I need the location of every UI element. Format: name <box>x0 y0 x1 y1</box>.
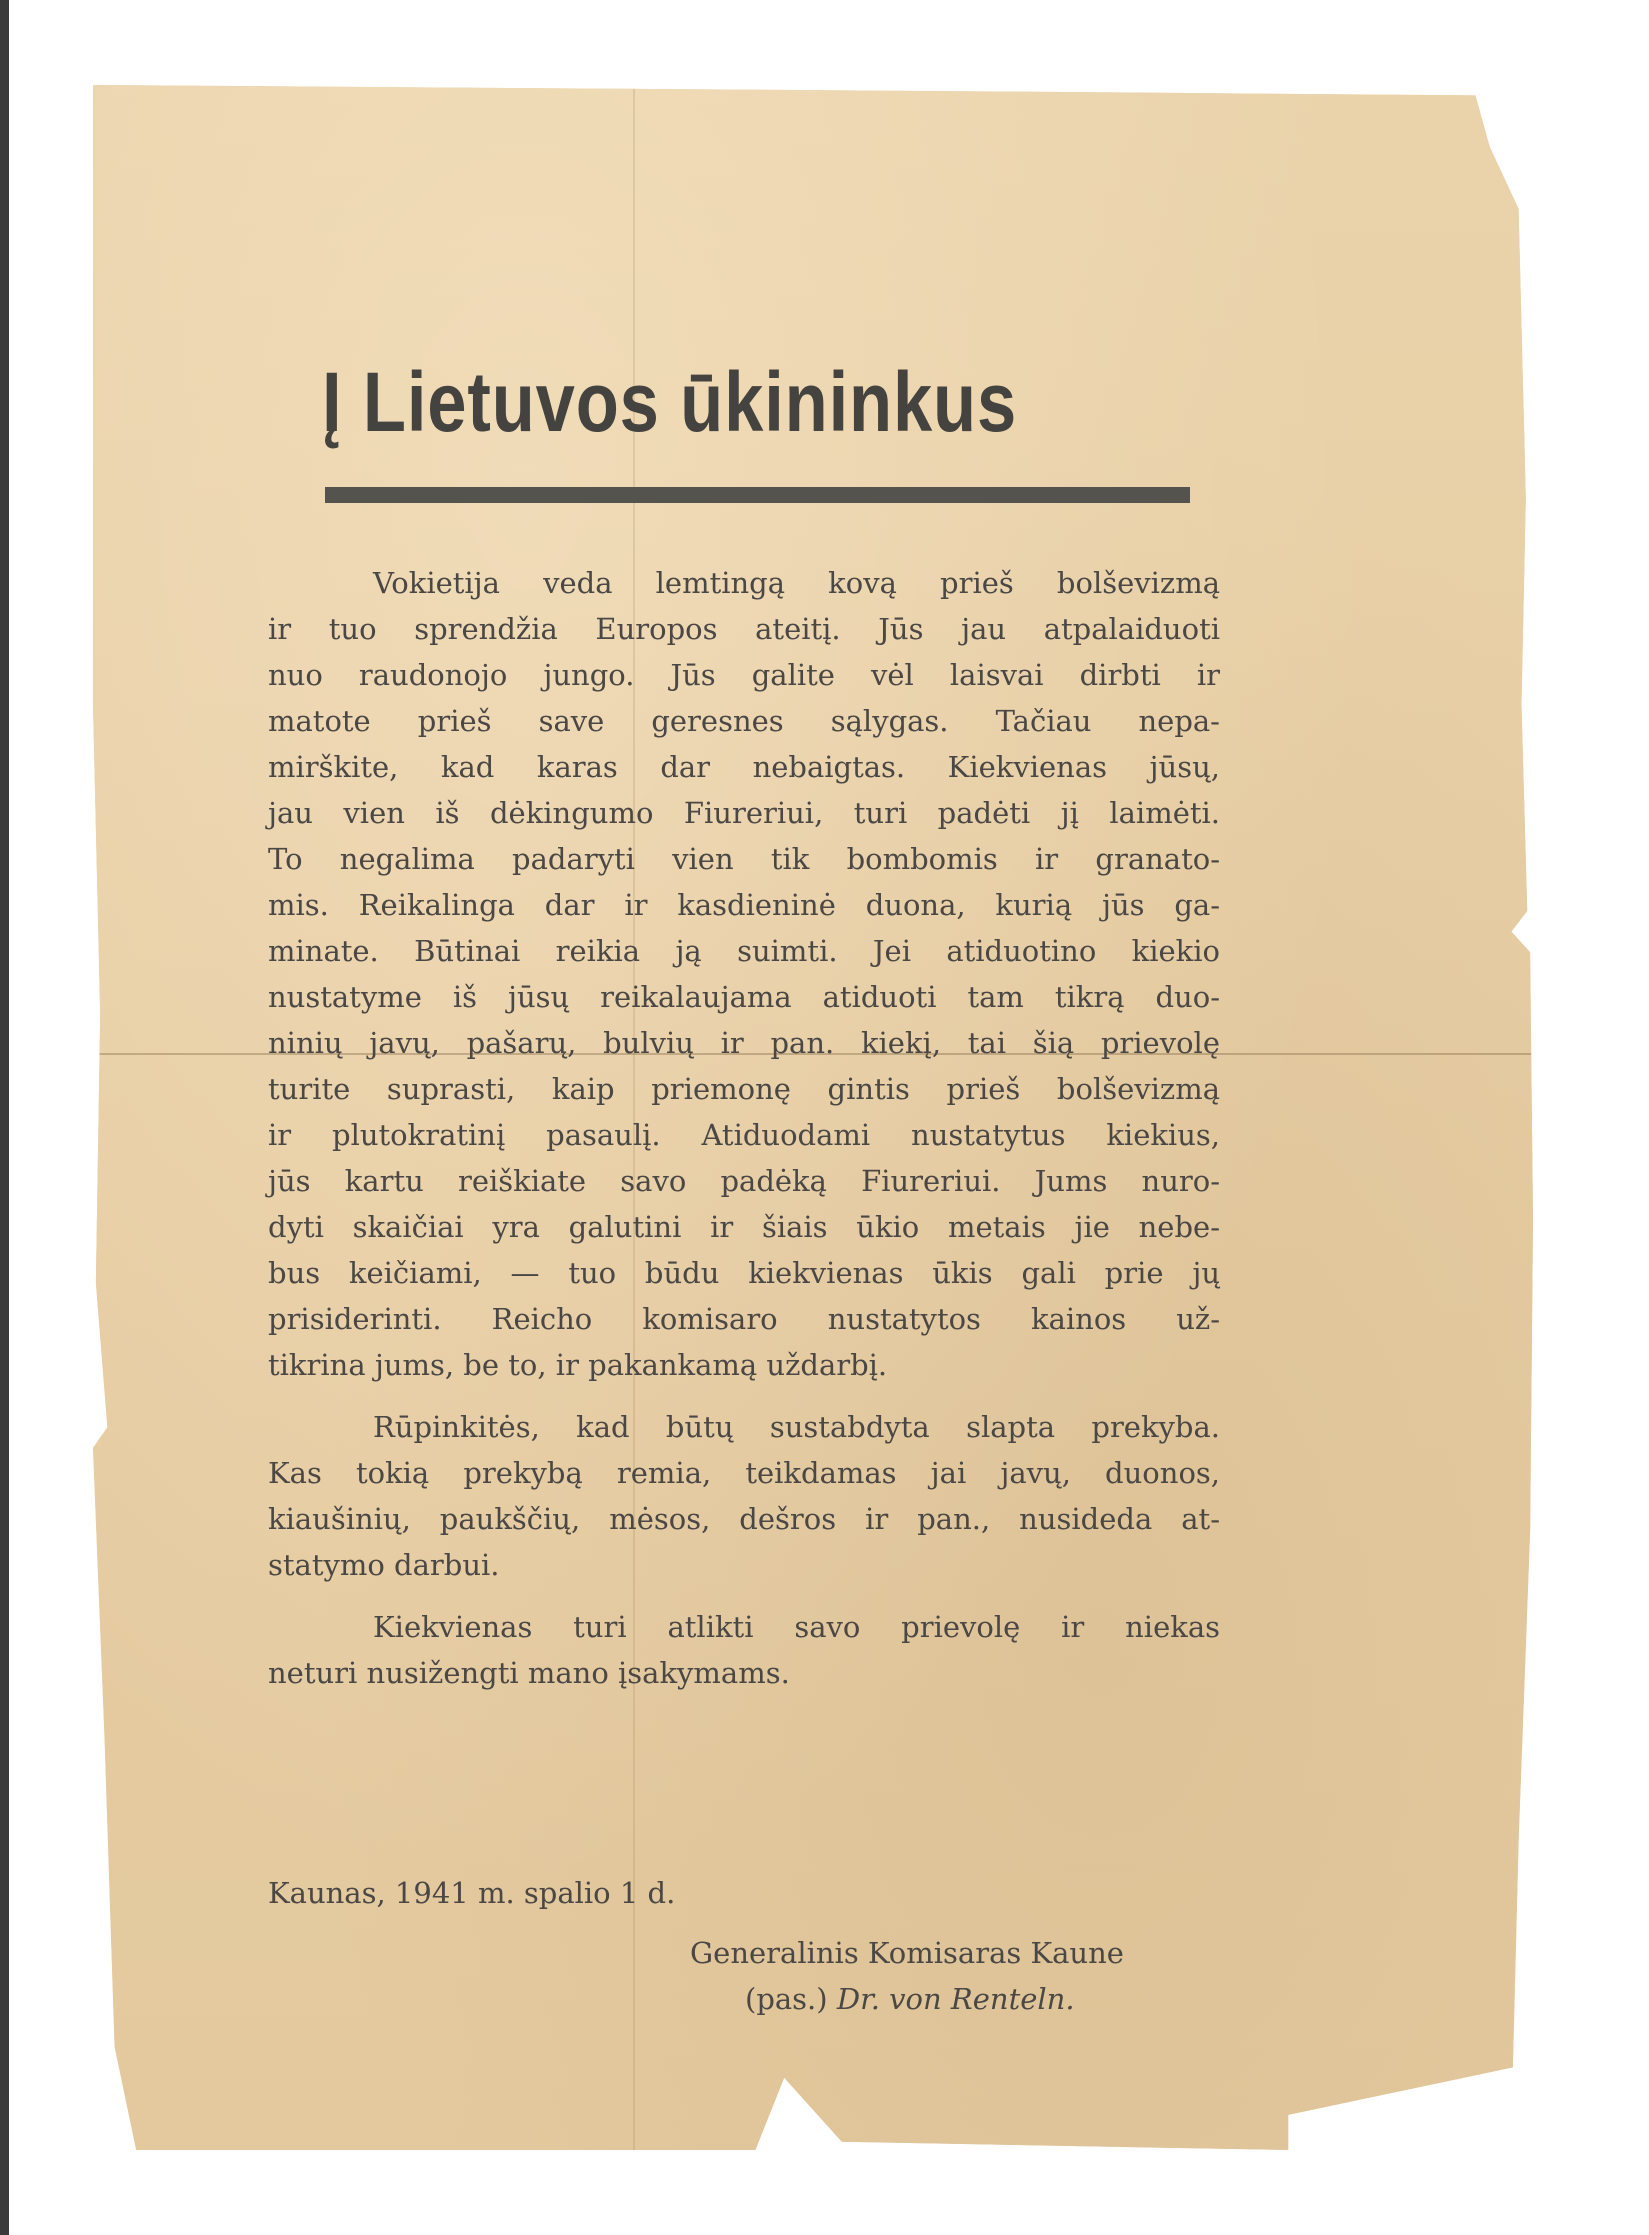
text-line: jau vien iš dėkingumo Fiureriui, turi pa… <box>268 790 1220 836</box>
paragraph-2: Rūpinkitės, kad būtų sustabdyta slapta p… <box>268 1404 1220 1588</box>
signatory-line: (pas.) Dr. von Renteln. <box>690 1976 1180 2022</box>
text-line: Kiekvienas turi atlikti savo prievolę ir… <box>268 1604 1220 1650</box>
text-line: bus keičiami, — tuo būdu kiekvienas ūkis… <box>268 1250 1220 1296</box>
text-line: Rūpinkitės, kad būtų sustabdyta slapta p… <box>268 1404 1220 1450</box>
signatory-title: Generalinis Komisaras Kaune <box>690 1930 1180 1976</box>
text-line: Vokietija veda lemtingą kovą prieš bolše… <box>268 560 1220 606</box>
text-line: mis. Reikalinga dar ir kasdieninė duona,… <box>268 882 1220 928</box>
dateline: Kaunas, 1941 m. spalio 1 d. <box>268 1870 675 1916</box>
text-line: To negalima padaryti vien tik bombomis i… <box>268 836 1220 882</box>
text-line: matote prieš save geresnes sąlygas. Tači… <box>268 698 1220 744</box>
signature-prefix: (pas.) <box>745 1982 828 2016</box>
text-line: minate. Būtinai reikia ją suimti. Jei at… <box>268 928 1220 974</box>
paragraph-gap <box>268 1388 1220 1404</box>
text-line: Kas tokią prekybą remia, teikdamas jai j… <box>268 1450 1220 1496</box>
title-underline-rule <box>325 487 1190 503</box>
paragraph-1: Vokietija veda lemtingą kovą prieš bolše… <box>268 560 1220 1388</box>
text-line: neturi nusižengti mano įsakymams. <box>268 1650 1220 1696</box>
text-line: ninių javų, pašarų, bulvių ir pan. kiekį… <box>268 1020 1220 1066</box>
text-line: dyti skaičiai yra galutini ir šiais ūkio… <box>268 1204 1220 1250</box>
paragraph-gap <box>268 1588 1220 1604</box>
text-line: statymo darbui. <box>268 1542 1220 1588</box>
text-line: turite suprasti, kaip priemonę gintis pr… <box>268 1066 1220 1112</box>
text-line: nuo raudonojo jungo. Jūs galite vėl lais… <box>268 652 1220 698</box>
signatory-name: Dr. von Renteln. <box>837 1982 1075 2016</box>
text-line: jūs kartu reiškiate savo padėką Fiureriu… <box>268 1158 1220 1204</box>
signature-block: Generalinis Komisaras Kaune (pas.) Dr. v… <box>690 1930 1180 2022</box>
paragraph-3: Kiekvienas turi atlikti savo prievolę ir… <box>268 1604 1220 1696</box>
text-line: ir tuo sprendžia Europos ateitį. Jūs jau… <box>268 606 1220 652</box>
document-title: Į Lietuvos ūkininkus <box>322 360 1061 444</box>
text-line: ir plutokratinį pasaulį. Atiduodami nust… <box>268 1112 1220 1158</box>
document-body: Vokietija veda lemtingą kovą prieš bolše… <box>268 560 1220 1696</box>
text-line: nustatyme iš jūsų reikalaujama atiduoti … <box>268 974 1220 1020</box>
text-line: mirškite, kad karas dar nebaigtas. Kiekv… <box>268 744 1220 790</box>
text-line: tikrina jums, be to, ir pakankamą uždarb… <box>268 1342 1220 1388</box>
text-line: prisiderinti. Reicho komisaro nustatytos… <box>268 1296 1220 1342</box>
text-line: kiaušinių, paukščių, mėsos, dešros ir pa… <box>268 1496 1220 1542</box>
scanner-edge <box>0 0 9 2235</box>
